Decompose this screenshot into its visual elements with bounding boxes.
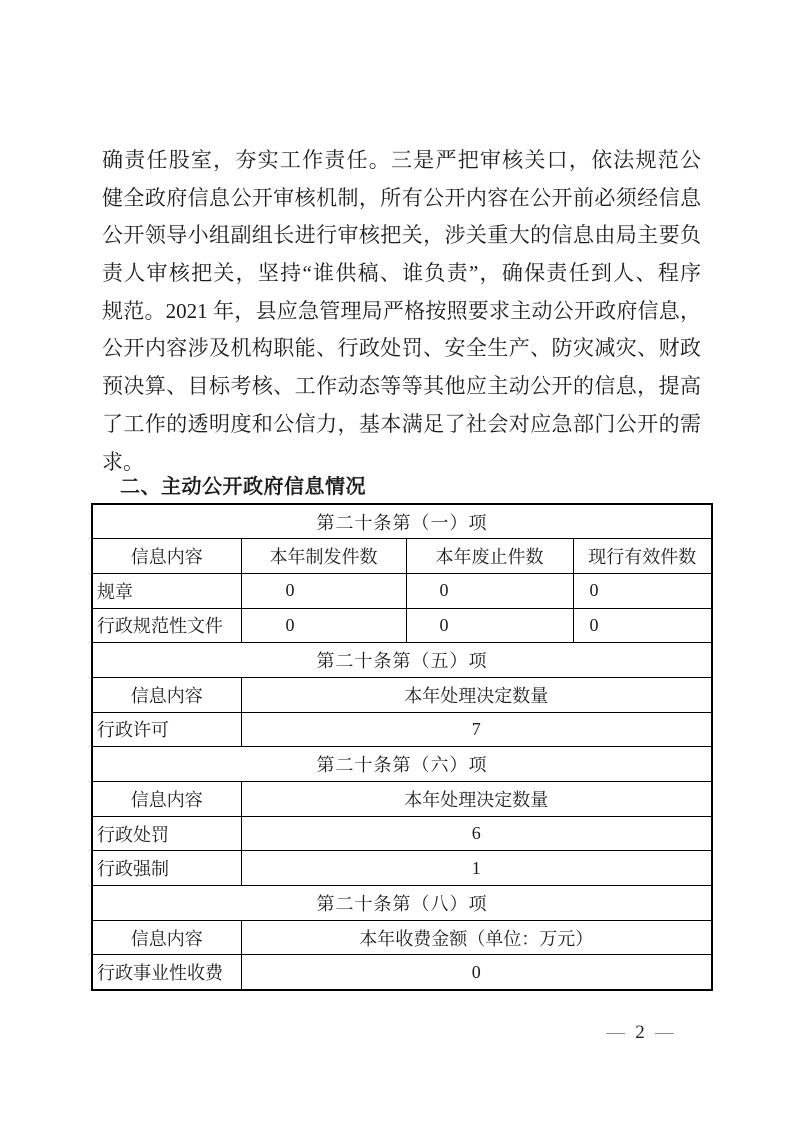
table-row: 行政强制 1: [92, 851, 712, 886]
row-label: 行政处罚: [92, 816, 241, 851]
column-header: 信息内容: [92, 920, 241, 955]
table-row: 信息内容 本年处理决定数量: [92, 782, 712, 817]
table-row: 行政规范性文件 0 0 0: [92, 608, 712, 643]
text-line: 健全政府信息公开审核机制，所有公开内容在公开前必须经信息: [102, 180, 701, 218]
table-section-header: 第二十条第（八）项: [92, 886, 712, 921]
column-header: 本年处理决定数量: [241, 782, 712, 817]
footer-dash-right: —: [655, 1022, 674, 1044]
column-header: 信息内容: [92, 539, 241, 574]
body-paragraph: 确责任股室，夯实工作责任。三是严把审核关口，依法规范公开。 健全政府信息公开审核…: [102, 142, 701, 481]
table-row: 信息内容 本年收费金额（单位：万元）: [92, 920, 712, 955]
column-header: 本年废止件数: [406, 539, 573, 574]
row-label: 规章: [92, 573, 241, 608]
table-cell: 1: [241, 851, 712, 886]
text-line: 了工作的透明度和公信力，基本满足了社会对应急部门公开的需: [102, 406, 701, 444]
text-line: 公开领导小组副组长进行审核把关，涉关重大的信息由局主要负: [102, 217, 701, 255]
table-section-header: 第二十条第（一）项: [92, 504, 712, 539]
row-label: 行政许可: [92, 712, 241, 747]
table-row: 信息内容 本年处理决定数量: [92, 677, 712, 712]
table-cell: 0: [241, 608, 406, 643]
table-cell: 7: [241, 712, 712, 747]
table-section-header: 第二十条第（五）项: [92, 643, 712, 678]
table-row: 行政事业性收费 0: [92, 955, 712, 990]
text-line: 责人审核把关，坚持“谁供稿、谁负责”，确保责任到人、程序: [102, 255, 701, 293]
column-header: 本年制发件数: [241, 539, 406, 574]
page-number: 2: [635, 1022, 645, 1044]
row-label: 行政事业性收费: [92, 955, 241, 990]
table-row: 第二十条第（六）项: [92, 747, 712, 782]
table-row: 第二十条第（一）项: [92, 504, 712, 539]
table-cell: 6: [241, 816, 712, 851]
table-row: 规章 0 0 0: [92, 573, 712, 608]
table-row: 第二十条第（八）项: [92, 886, 712, 921]
row-label: 行政强制: [92, 851, 241, 886]
table-cell: 0: [241, 573, 406, 608]
column-header: 本年收费金额（单位：万元）: [241, 920, 712, 955]
table-row: 行政处罚 6: [92, 816, 712, 851]
table-cell: 0: [573, 608, 712, 643]
table-cell: 0: [573, 573, 712, 608]
text-line: 预决算、目标考核、工作动态等等其他应主动公开的信息，提高: [102, 368, 701, 406]
info-disclosure-table: 第二十条第（一）项 信息内容 本年制发件数 本年废止件数 现行有效件数 规章 0…: [91, 503, 713, 991]
text-line: 公开内容涉及机构职能、行政处罚、安全生产、防灾减灾、财政: [102, 330, 701, 368]
document-page: 确责任股室，夯实工作责任。三是严把审核关口，依法规范公开。 健全政府信息公开审核…: [0, 0, 793, 1122]
table-cell: 0: [241, 955, 712, 990]
column-header: 信息内容: [92, 782, 241, 817]
table-row: 第二十条第（五）项: [92, 643, 712, 678]
section-heading: 二、主动公开政府信息情况: [120, 470, 366, 499]
table-row: 信息内容 本年制发件数 本年废止件数 现行有效件数: [92, 539, 712, 574]
table-section-header: 第二十条第（六）项: [92, 747, 712, 782]
page-footer: — 2 —: [592, 1022, 688, 1044]
table-cell: 0: [406, 608, 573, 643]
text-line: 规范。2021 年，县应急管理局严格按照要求主动公开政府信息，: [102, 293, 701, 331]
table-cell: 0: [406, 573, 573, 608]
text-line: 确责任股室，夯实工作责任。三是严把审核关口，依法规范公开。: [102, 142, 701, 180]
column-header: 本年处理决定数量: [241, 677, 712, 712]
footer-dash-left: —: [606, 1022, 625, 1044]
column-header: 信息内容: [92, 677, 241, 712]
row-label: 行政规范性文件: [92, 608, 241, 643]
column-header: 现行有效件数: [573, 539, 712, 574]
table-row: 行政许可 7: [92, 712, 712, 747]
